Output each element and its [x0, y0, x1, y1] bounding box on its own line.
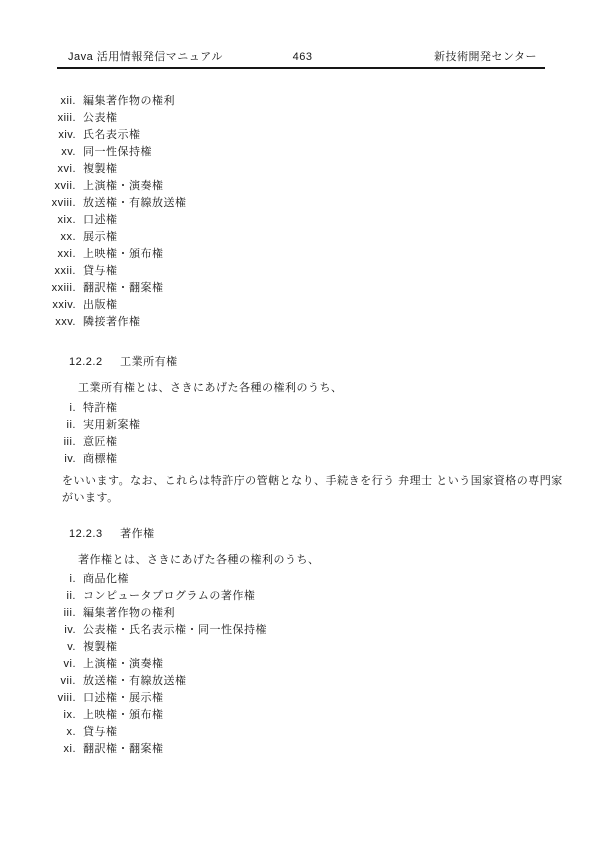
list-item-label: 展示権: [83, 229, 118, 246]
list-item-numeral: viii.: [0, 690, 76, 707]
industrial-property-intro: 工業所有権とは、さきにあげた各種の権利のうち、: [78, 380, 585, 397]
list-item: vii. 放送権・有線放送権: [0, 673, 595, 690]
list-item-numeral: xxv.: [0, 314, 76, 331]
list-item-numeral: vi.: [0, 656, 76, 673]
industrial-property-outro-line1: をいいます。なお、これらは特許庁の管轄となり、手続きを行う 弁理士 という国家資…: [62, 473, 585, 490]
industrial-property-outro-line2: がいます。: [62, 490, 585, 507]
section-title: 工業所有権: [120, 356, 178, 368]
list-item-label: 口述権: [83, 212, 118, 229]
list-item-label: 上映権・頒布権: [83, 246, 164, 263]
list-item: xviii. 放送権・有線放送権: [0, 195, 595, 212]
list-item-label: 商品化権: [83, 571, 129, 588]
list-item-numeral: xvii.: [0, 178, 76, 195]
list-item-label: 複製権: [83, 639, 118, 656]
list-item-numeral: iii.: [0, 605, 76, 622]
list-item: ii. 実用新案権: [0, 417, 595, 434]
list-item: xxiii. 翻訳権・翻案権: [0, 280, 595, 297]
list-item: ix. 上映権・頒布権: [0, 707, 595, 724]
list-item: xv. 同一性保持権: [0, 144, 595, 161]
list-item-numeral: xxiv.: [0, 297, 76, 314]
list-item-numeral: i.: [0, 571, 76, 588]
list-item-numeral: xix.: [0, 212, 76, 229]
list-item-numeral: xviii.: [0, 195, 76, 212]
list-item-label: 貸与権: [83, 263, 118, 280]
header-organization: 新技術開発センター: [312, 50, 537, 64]
list-item: xvii. 上演権・演奏権: [0, 178, 595, 195]
running-header: Java 活用情報発信マニュアル 463 新技術開発センター: [68, 50, 537, 64]
list-item-label: 上映権・頒布権: [83, 707, 164, 724]
list-item-label: 複製権: [83, 161, 118, 178]
list-item-numeral: xvi.: [0, 161, 76, 178]
list-item: iii. 意匠権: [0, 434, 595, 451]
list-item-label: コンピュータプログラムの著作権: [83, 588, 255, 605]
list-item: i. 特許権: [0, 400, 595, 417]
list-item: xxiv. 出版権: [0, 297, 595, 314]
list-item: xxv. 隣接著作権: [0, 314, 595, 331]
header-page-number: 463: [293, 50, 313, 64]
list-item-label: 貸与権: [83, 724, 118, 741]
list-item-numeral: x.: [0, 724, 76, 741]
header-divider-rule: [57, 67, 545, 69]
list-item-numeral: vii.: [0, 673, 76, 690]
list-item-numeral: ii.: [0, 417, 76, 434]
list-item-label: 隣接著作権: [83, 314, 141, 331]
section-heading-industrial-property: 12.2.2 工業所有権: [69, 354, 595, 371]
list-item-label: 放送権・有線放送権: [83, 673, 187, 690]
list-item: x. 貸与権: [0, 724, 595, 741]
list-item-label: 上演権・演奏権: [83, 178, 164, 195]
list-item: ii. コンピュータプログラムの著作権: [0, 588, 595, 605]
list-item-numeral: xxi.: [0, 246, 76, 263]
list-item-numeral: iv.: [0, 451, 76, 468]
list-item-label: 翻訳権・翻案権: [83, 741, 164, 758]
list-item-numeral: ix.: [0, 707, 76, 724]
list-item: v. 複製権: [0, 639, 595, 656]
section-title: 著作権: [120, 528, 155, 540]
list-item-label: 翻訳権・翻案権: [83, 280, 164, 297]
list-item: xiv. 氏名表示権: [0, 127, 595, 144]
copyright-intro: 著作権とは、さきにあげた各種の権利のうち、: [78, 552, 585, 569]
list-item-numeral: xiv.: [0, 127, 76, 144]
copyright-rights-list: i. 商品化権 ii. コンピュータプログラムの著作権 iii. 編集著作物の権…: [0, 571, 595, 758]
copyright-rights-list-continued: xii. 編集著作物の権利 xiii. 公表権 xiv. 氏名表示権 xv. 同…: [0, 93, 595, 331]
list-item-numeral: xxii.: [0, 263, 76, 280]
list-item-label: 商標権: [83, 451, 118, 468]
list-item: xxi. 上映権・頒布権: [0, 246, 595, 263]
list-item-numeral: xi.: [0, 741, 76, 758]
list-item: xx. 展示権: [0, 229, 595, 246]
list-item-numeral: i.: [0, 400, 76, 417]
list-item-numeral: xv.: [0, 144, 76, 161]
list-item-numeral: v.: [0, 639, 76, 656]
list-item: xxii. 貸与権: [0, 263, 595, 280]
list-item: xi. 翻訳権・翻案権: [0, 741, 595, 758]
list-item-label: 同一性保持権: [83, 144, 152, 161]
list-item: iv. 商標権: [0, 451, 595, 468]
list-item: xii. 編集著作物の権利: [0, 93, 595, 110]
list-item-label: 出版権: [83, 297, 118, 314]
list-item-label: 放送権・有線放送権: [83, 195, 187, 212]
list-item: iv. 公表権・氏名表示権・同一性保持権: [0, 622, 595, 639]
industrial-property-rights-list: i. 特許権 ii. 実用新案権 iii. 意匠権 iv. 商標権: [0, 400, 595, 468]
list-item-numeral: xiii.: [0, 110, 76, 127]
section-number: 12.2.3: [69, 528, 103, 540]
list-item: i. 商品化権: [0, 571, 595, 588]
list-item-numeral: ii.: [0, 588, 76, 605]
list-item-numeral: iii.: [0, 434, 76, 451]
list-item: xvi. 複製権: [0, 161, 595, 178]
list-item: iii. 編集著作物の権利: [0, 605, 595, 622]
list-item-label: 口述権・展示権: [83, 690, 164, 707]
list-item-numeral: xxiii.: [0, 280, 76, 297]
list-item-label: 特許権: [83, 400, 118, 417]
list-item: viii. 口述権・展示権: [0, 690, 595, 707]
list-item-label: 編集著作物の権利: [83, 605, 175, 622]
list-item-label: 実用新案権: [83, 417, 141, 434]
list-item-label: 意匠権: [83, 434, 118, 451]
list-item-label: 氏名表示権: [83, 127, 141, 144]
list-item-label: 公表権: [83, 110, 118, 127]
list-item-numeral: iv.: [0, 622, 76, 639]
list-item: xix. 口述権: [0, 212, 595, 229]
document-page: Java 活用情報発信マニュアル 463 新技術開発センター xii. 編集著作…: [0, 0, 595, 841]
list-item-label: 編集著作物の権利: [83, 93, 175, 110]
list-item-numeral: xii.: [0, 93, 76, 110]
header-document-title: Java 活用情報発信マニュアル: [68, 50, 293, 64]
list-item-label: 公表権・氏名表示権・同一性保持権: [83, 622, 267, 639]
section-heading-copyright: 12.2.3 著作権: [69, 526, 595, 543]
section-number: 12.2.2: [69, 356, 103, 368]
list-item: xiii. 公表権: [0, 110, 595, 127]
list-item-label: 上演権・演奏権: [83, 656, 164, 673]
list-item-numeral: xx.: [0, 229, 76, 246]
list-item: vi. 上演権・演奏権: [0, 656, 595, 673]
